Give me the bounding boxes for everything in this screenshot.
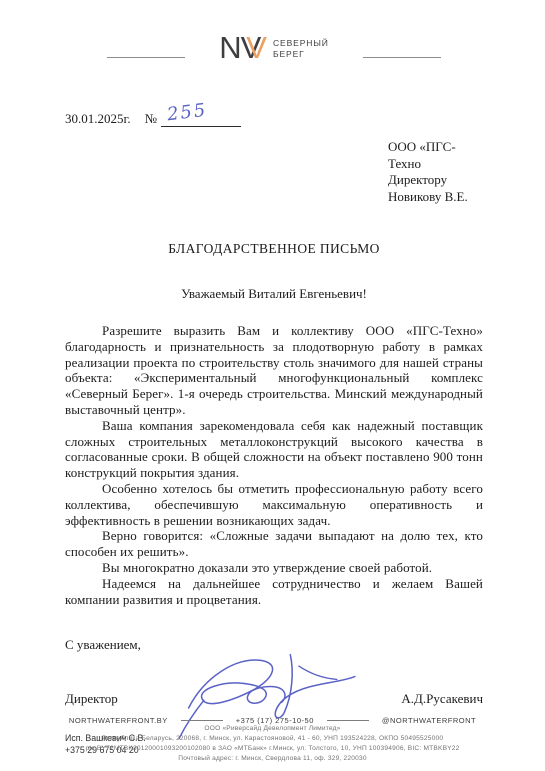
recipient-company: ООО «ПГС-Техно — [388, 139, 483, 172]
recipient-block: ООО «ПГС-Техно Директору Новикову В.Е. — [388, 139, 483, 205]
company-requisites: ООО «Риверсайд Девелопмент Лимитед» Респ… — [0, 724, 545, 764]
letterhead-right-rule — [363, 57, 441, 58]
logo-brand-name: СЕВЕРНЫЙ БЕРЕГ — [273, 38, 329, 60]
logo-nw-monogram: N V V — [219, 30, 266, 66]
number-blank-line: 255 — [161, 110, 241, 127]
handwritten-letter-number: 255 — [166, 100, 209, 126]
logo-brand-line2: БЕРЕГ — [273, 49, 329, 60]
company-address-line: Республика Беларусь, 220068, г. Минск, у… — [0, 734, 545, 744]
salutation: Уважаемый Виталий Евгеньевич! — [65, 286, 483, 302]
footer-rule-right — [327, 720, 369, 721]
paragraph: Верно говорится: «Сложные задачи выпадаю… — [65, 528, 483, 560]
letter-date: 30.01.2025г. — [65, 111, 131, 127]
letter-title: БЛАГОДАРСТВЕННОЕ ПИСЬМО — [65, 241, 483, 257]
letterhead-left-rule — [107, 57, 185, 58]
logo-letter-v2-accent: V — [246, 30, 266, 66]
signature-row: Директор А.Д.Русакевич — [65, 689, 483, 709]
closing-regards: С уважением, — [65, 637, 483, 653]
recipient-position: Директору — [388, 172, 483, 189]
recipient-name: Новикову В.Е. — [388, 189, 483, 206]
logo-brand-line1: СЕВЕРНЫЙ — [273, 38, 329, 49]
paragraph: Ваша компания зарекомендовала себя как н… — [65, 418, 483, 481]
company-postal-line: Почтовый адрес: г. Минск, Свердлова 11, … — [0, 754, 545, 764]
signer-position: Директор — [65, 691, 118, 707]
letter-page: N V V СЕВЕРНЫЙ БЕРЕГ 30.01.2025г. № 255 … — [0, 0, 545, 771]
letterhead: N V V СЕВЕРНЫЙ БЕРЕГ — [65, 24, 483, 72]
paragraph: Вы многократно доказали это утверждение … — [65, 560, 483, 576]
paragraph: Особенно хотелось бы отметить профессион… — [65, 481, 483, 528]
company-bank-line: р/с BY72MTBK30120001093200102080 в ЗАО «… — [0, 744, 545, 754]
footer-rule-left — [181, 720, 223, 721]
paragraph: Надеемся на дальнейшее сотрудничество и … — [65, 576, 483, 608]
company-logo: N V V СЕВЕРНЫЙ БЕРЕГ — [219, 30, 329, 66]
number-label: № — [145, 111, 157, 127]
date-number-row: 30.01.2025г. № 255 — [65, 110, 483, 127]
company-name-line: ООО «Риверсайд Девелопмент Лимитед» — [0, 724, 545, 734]
letter-body: Разрешите выразить Вам и коллективу ООО … — [65, 323, 483, 607]
signer-name: А.Д.Русакевич — [401, 691, 483, 707]
logo-letter-n: N — [219, 30, 240, 66]
paragraph: Разрешите выразить Вам и коллективу ООО … — [65, 323, 483, 418]
